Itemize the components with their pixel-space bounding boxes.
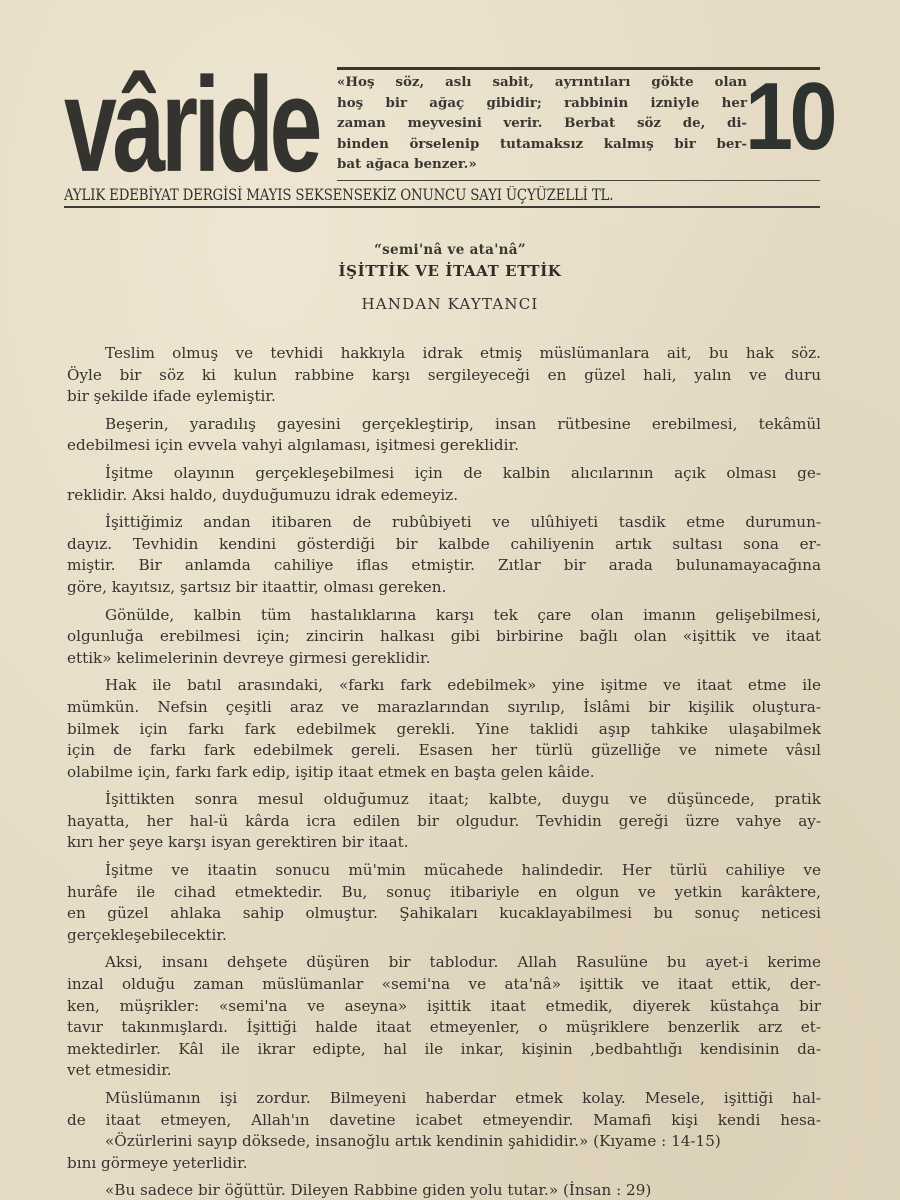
article-paragraph: «Bu sadece bir öğüttür. Dileyen Rabbine … (67, 1180, 821, 1200)
article-line: de itaat etmeyen, Allah'ın davetine icab… (67, 1110, 821, 1132)
article-line: bir şekilde ifade eylemiştir. (67, 386, 821, 408)
article-paragraph: İşitme ve itaatin sonucu mü'min mücahede… (67, 860, 821, 946)
epigraph-line: «Hoş söz, aslı sabit, ayrıntıları gökte … (337, 72, 747, 93)
article-line: bilmek için farkı fark edebilmek gerekli… (67, 719, 821, 741)
article-paragraph: Aksi, insanı dehşete düşüren bir tablodu… (67, 952, 821, 1082)
article-line: bını görmeye yeterlidir. (67, 1153, 821, 1175)
article-line: Teslim olmuş ve tevhidi hakkıyla idrak e… (67, 343, 821, 365)
article-line: mümkün. Nefsin çeşitli araz ve marazları… (67, 697, 821, 719)
article-line: edebilmesi için evvela vahyi algılaması,… (67, 435, 821, 457)
article-line: inzal olduğu zaman müslümanlar «semi'na … (67, 974, 821, 996)
epigraph-line: binden örselenip tutamaksız kalmış bir b… (337, 134, 747, 155)
article-author: HANDAN KAYTANCI (0, 295, 900, 313)
article-line: en güzel ahlaka sahip olmuştur. Şahikala… (67, 903, 821, 925)
article-line: ettik» kelimelerinin devreye girmesi ger… (67, 648, 821, 670)
article-line: İşitme ve itaatin sonucu mü'min mücahede… (67, 860, 821, 882)
article-line: göre, kayıtsız, şartsız bir itaattir, ol… (67, 577, 821, 599)
article-line: miştir. Bir anlamda cahiliye iflas etmiş… (67, 555, 821, 577)
article-line: vet etmesidir. (67, 1060, 821, 1082)
article-paragraph: İşitme olayının gerçekleşebilmesi için d… (67, 463, 821, 506)
article-line: reklidir. Aksi haldo, duyduğumuzu idrak … (67, 485, 821, 507)
magazine-page: vâride «Hoş söz, aslı sabit, ayrıntıları… (0, 0, 900, 1200)
article-line: İşitme olayının gerçekleşebilmesi için d… (67, 463, 821, 485)
article-line: olgunluğa erebilmesi için; zincirin halk… (67, 626, 821, 648)
article-paragraph: Müslümanın işi zordur. Bilmeyeni haberda… (67, 1088, 821, 1174)
article-paragraph: İşittikten sonra mesul olduğumuz itaat; … (67, 789, 821, 854)
article-paragraph: İşittiğimiz andan itibaren de rubûbiyeti… (67, 512, 821, 598)
article-line: kırı her şeye karşı isyan gerektiren bir… (67, 832, 821, 854)
magazine-logo: vâride (64, 66, 240, 184)
issue-number: 10 (745, 72, 817, 162)
article-line: mektedirler. Kâl ile ikrar edipte, hal i… (67, 1039, 821, 1061)
article-line: gerçekleşebilecektir. (67, 925, 821, 947)
masthead-bottom-rule (64, 206, 820, 208)
article-line: olabilme için, farkı fark edip, işitip i… (67, 762, 821, 784)
article-line: hayatta, her hal-ü kârda icra edilen bir… (67, 811, 821, 833)
article-kicker: “semi'nâ ve ata'nâ” (0, 242, 900, 258)
article-line: Beşerin, yaradılış gayesini gerçekleştir… (67, 414, 821, 436)
article-body: Teslim olmuş ve tevhidi hakkıyla idrak e… (67, 343, 821, 1200)
magazine-subtitle: AYLIK EDEBİYAT DERGİSİ MAYIS SEKSENSEKİZ… (64, 186, 714, 204)
article-line: Aksi, insanı dehşete düşüren bir tablodu… (67, 952, 821, 974)
article-paragraph: Teslim olmuş ve tevhidi hakkıyla idrak e… (67, 343, 821, 408)
article-line: tavır takınmışlardı. İşittiği halde itaa… (67, 1017, 821, 1039)
article-line: için de farkı fark edebilmek gereli. Esa… (67, 740, 821, 762)
article-line: Müslümanın işi zordur. Bilmeyeni haberda… (67, 1088, 821, 1110)
article-line: Gönülde, kalbin tüm hastalıklarına karşı… (67, 605, 821, 627)
article-line: dayız. Tevhidin kendini gösterdiği bir k… (67, 534, 821, 556)
epigraph-line: zaman meyvesini verir. Berbat söz de, di… (337, 113, 747, 134)
article-line: hurâfe ile cihad etmektedir. Bu, sonuç i… (67, 882, 821, 904)
article-line: «Bu sadece bir öğüttür. Dileyen Rabbine … (67, 1180, 821, 1200)
article-title: İŞİTTİK VE İTAAT ETTİK (0, 262, 900, 280)
article-line: Hak ile batıl arasındaki, «farkı fark ed… (67, 675, 821, 697)
epigraph: «Hoş söz, aslı sabit, ayrıntıları gökte … (337, 72, 747, 175)
article-paragraph: Hak ile batıl arasındaki, «farkı fark ed… (67, 675, 821, 783)
article-paragraph: Gönülde, kalbin tüm hastalıklarına karşı… (67, 605, 821, 670)
masthead-middle-rule (337, 180, 820, 181)
epigraph-line: hoş bir ağaç gibidir; rabbinin izniyle h… (337, 93, 747, 114)
article-paragraph: Beşerin, yaradılış gayesini gerçekleştir… (67, 414, 821, 457)
article-line: İşittikten sonra mesul olduğumuz itaat; … (67, 789, 821, 811)
article-line: Öyle bir söz ki kulun rabbine karşı serg… (67, 365, 821, 387)
article-line: ken, müşrikler: «semi'na ve aseyna» işit… (67, 996, 821, 1018)
article-line: İşittiğimiz andan itibaren de rubûbiyeti… (67, 512, 821, 534)
article-line: «Özürlerini sayıp döksede, insanoğlu art… (67, 1131, 821, 1153)
epigraph-line: bat ağaca benzer.» (337, 154, 747, 175)
